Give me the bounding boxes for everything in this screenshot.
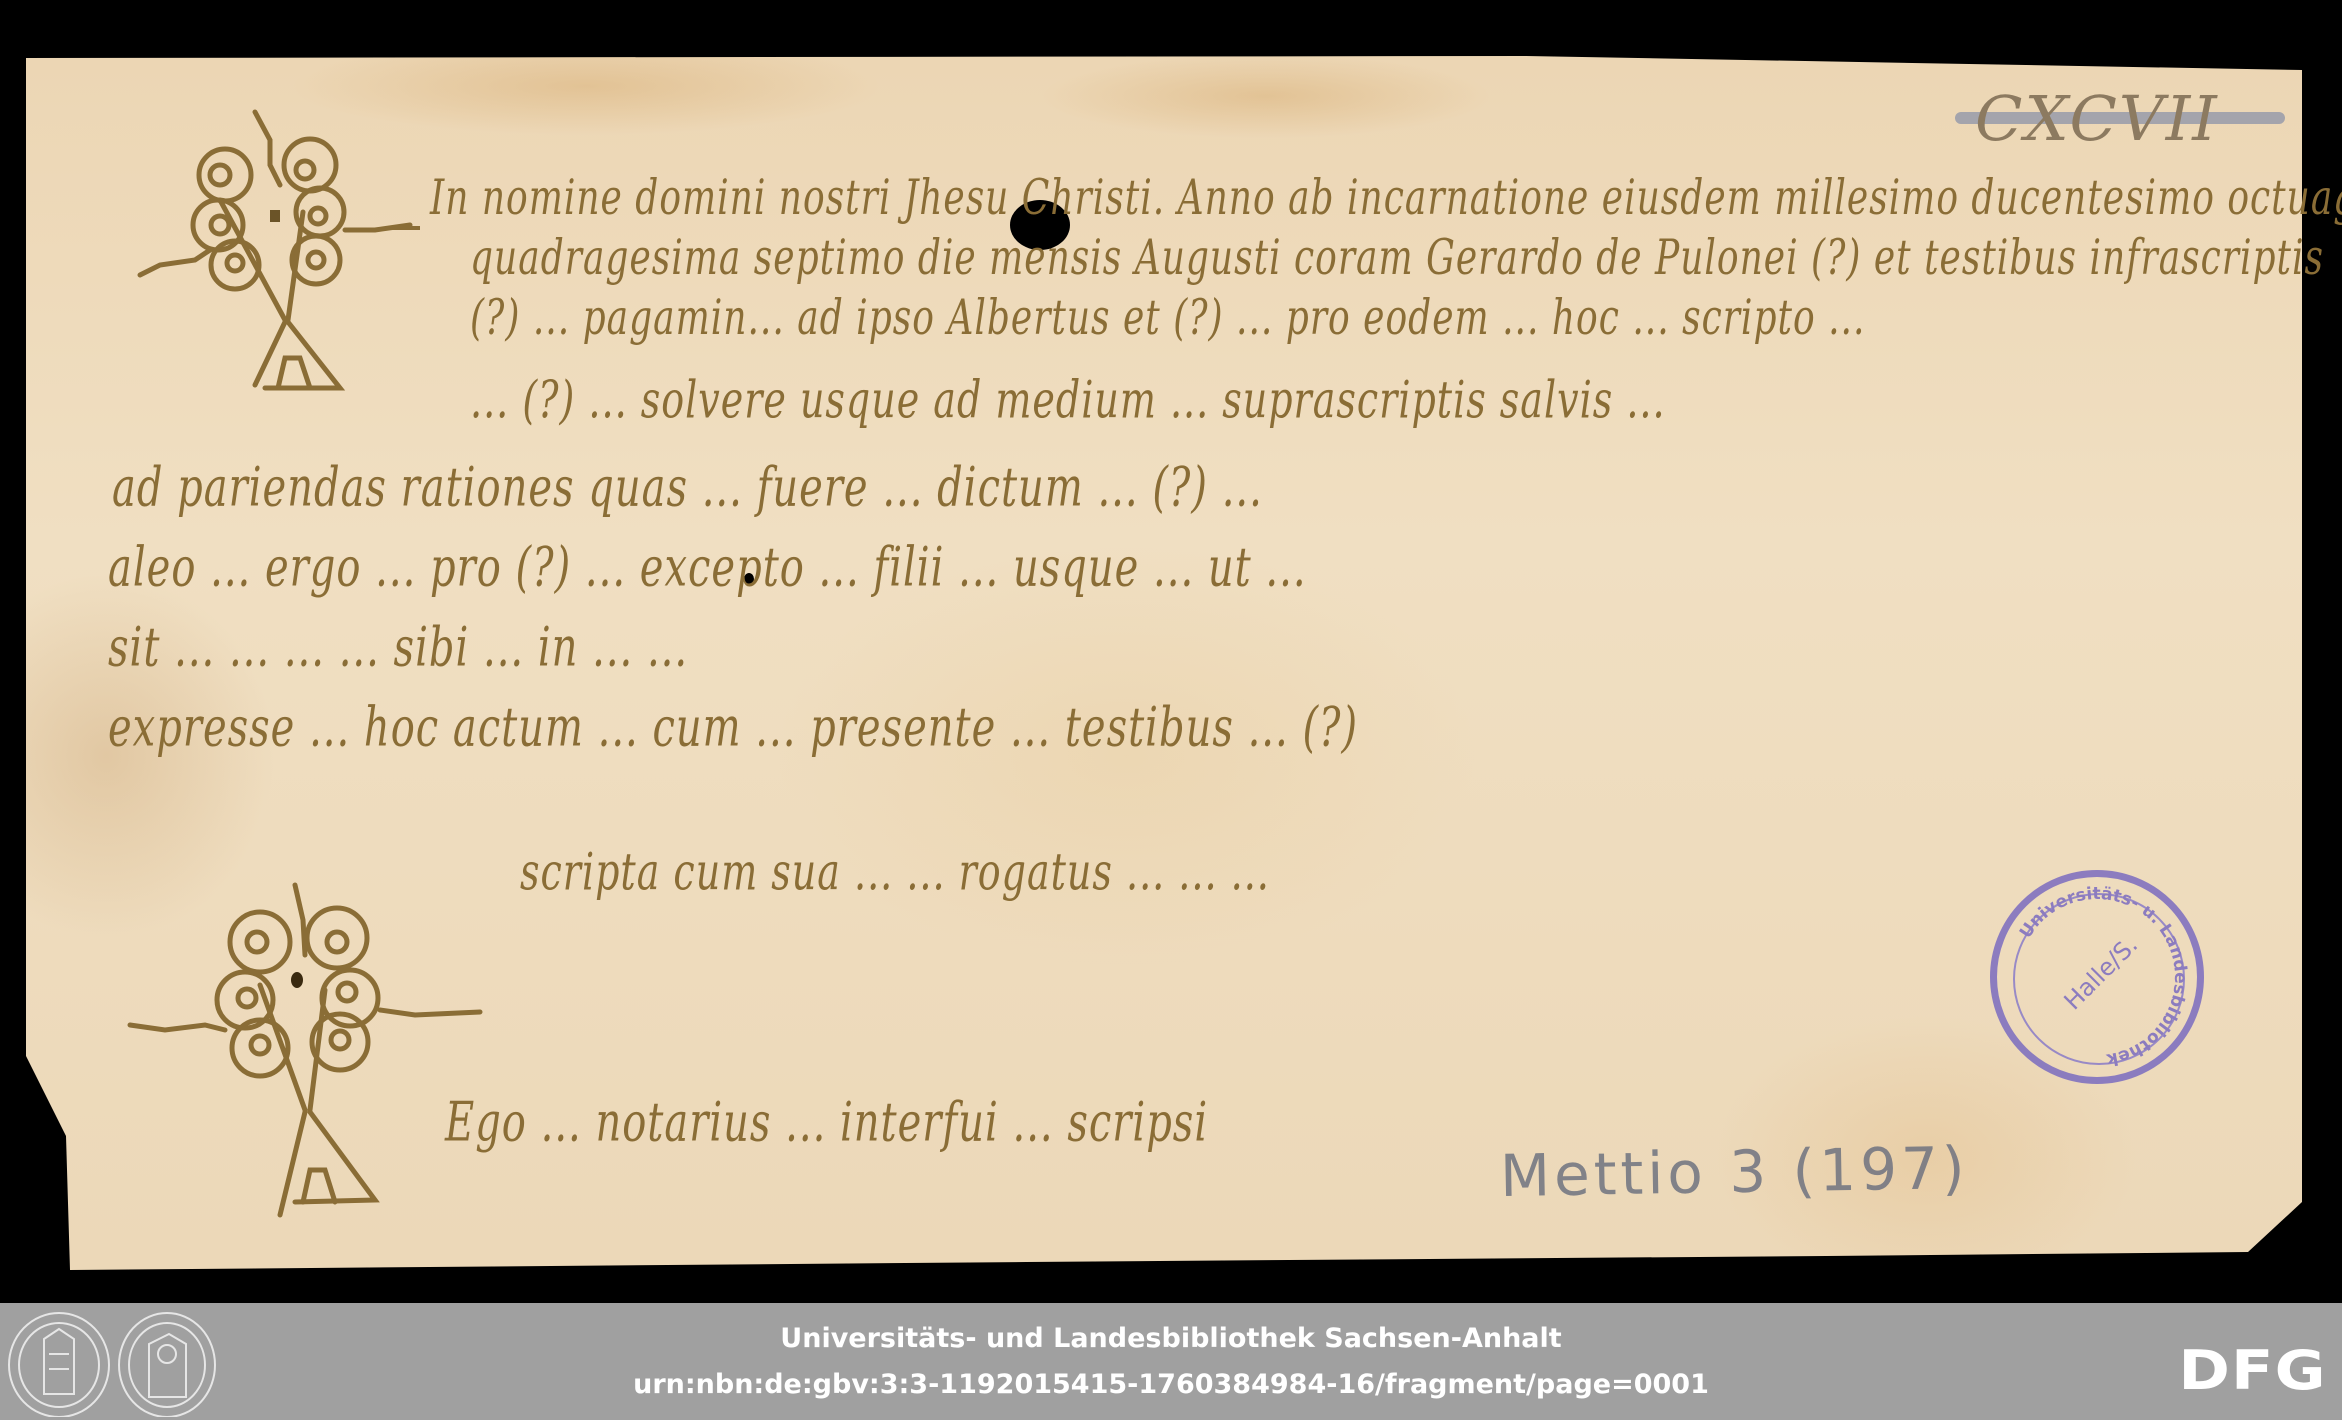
institution-name: Universitäts- und Landesbibliothek Sachs… — [0, 1323, 2342, 1354]
charter-text-line-2: quadragesima septimo die mensis Augusti … — [470, 231, 2324, 286]
shelfmark: CXCVII — [1975, 82, 2219, 155]
notary-subscription: Ego ... notarius ... interfui ... scrips… — [445, 1092, 1208, 1154]
charter-text-line-8: expresse ... hoc actum ... cum ... prese… — [108, 697, 1358, 759]
dfg-logo: DFG — [2178, 1339, 2326, 1402]
charter-text-line-3: (?) ... pagamin... ad ipso Albertus et (… — [470, 291, 1865, 346]
charter-text-line-7: sit ... ... ... ... sibi ... in ... ... — [108, 617, 688, 679]
charter-text-line-6: aleo ... ergo ... pro (?) ... excepto ..… — [108, 537, 1307, 599]
document-viewer: CXCVII — [0, 0, 2342, 1303]
notary-signet-icon — [120, 100, 420, 400]
pencil-archival-note: Mettio 3 (197) — [1499, 1134, 1969, 1210]
library-stamp: Universitäts- u. Landesbibliothek Halle/… — [1990, 870, 2204, 1084]
footer-bar: Universitäts- und Landesbibliothek Sachs… — [0, 1303, 2342, 1420]
charter-text-line-1: In nomine domini nostri Jhesu Christi. A… — [430, 171, 2342, 226]
charter-text-line-4: ... (?) ... solvere usque ad medium ... … — [470, 370, 1666, 429]
urn-identifier[interactable]: urn:nbn:de:gbv:3:3-1192015415-1760384984… — [0, 1369, 2342, 1400]
notary-signet-icon — [125, 880, 495, 1240]
charter-text-line-9: scripta cum sua ... ... rogatus ... ... … — [520, 842, 1270, 901]
signet-line-dash — [385, 226, 420, 230]
charter-text-line-5: ad pariendas rationes quas ... fuere ...… — [112, 457, 1263, 519]
